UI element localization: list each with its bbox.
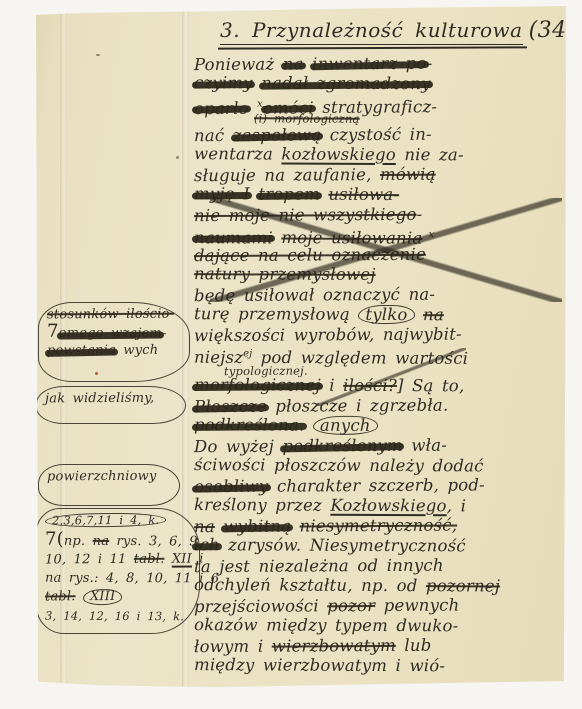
text-segment: czyimy <box>194 73 253 92</box>
text-segment: wych <box>116 343 158 358</box>
text-segment: tabl. <box>45 589 76 604</box>
text-line: 7(np. na rys. 3, 6, 9, <box>45 530 191 551</box>
text-segment: na <box>283 54 304 73</box>
text-line: 2,3,6,7,11 i 4, k. <box>45 512 191 531</box>
text-segment: mówią <box>380 165 436 184</box>
text-segment: wła- <box>403 436 447 455</box>
text-segment: ] <box>397 376 412 395</box>
text-line: niejszej pod względem wartości <box>194 344 572 366</box>
text-line: dające na celu oznaczenie <box>194 244 572 266</box>
text-segment: morfologicznej <box>194 375 321 395</box>
text-segment: na rys.: 4, 8, 10, 11 i 6 <box>45 570 219 586</box>
text-segment: charakter szczerb, pod- <box>268 475 485 495</box>
text-segment: rys. 3, 6, 9, <box>109 533 202 548</box>
text-segment: nie za- <box>396 145 464 164</box>
text-segment: , i <box>447 496 466 515</box>
ink-speck <box>176 156 179 159</box>
text-segment: zarysów. Niesymetryczność <box>220 535 466 555</box>
text-line: osobliwy charakter szczerb, pod- <box>194 475 572 497</box>
text-segment: oparło <box>194 98 249 117</box>
text-segment: ściwości płoszczów należy dodać <box>194 455 484 475</box>
text-line: ta jest niezależna od innych <box>194 555 572 577</box>
text-segment: 2,3,6,7,11 i 4, k. <box>45 513 166 528</box>
text-segment: tropem <box>258 184 320 203</box>
text-segment: pewnych <box>375 596 459 616</box>
text-segment: przejściowości <box>194 596 327 616</box>
text-line: między wierzbowatym i wió- <box>194 655 572 677</box>
margin-note-4: 2,3,6,7,11 i 4, k.7(np. na rys. 3, 6, 9,… <box>36 508 200 634</box>
text-line: 3, 14, 12, 16 i 13, k. <box>45 606 191 626</box>
text-segment: podkreślonym <box>282 436 403 456</box>
text-segment: lub <box>396 636 432 655</box>
text-line: morfologicznej i ilości?] Są to, <box>194 375 572 397</box>
text-line: Do wyżej podkreślonym wła- <box>194 435 572 457</box>
text-segment: 7( <box>45 528 64 549</box>
text-segment: większości wyrobów, najwybit- <box>194 325 462 346</box>
section-heading: 3. Przynależność kulturowa(34. <box>220 18 574 43</box>
text-segment: Kozłowskiego <box>330 496 446 516</box>
text-segment: odchyleń kształtu, np. od <box>194 575 426 595</box>
text-segment: usiłowa- <box>328 185 399 204</box>
text-segment: jak widzieliśmy, <box>45 391 154 407</box>
text-segment: nać <box>194 126 233 145</box>
text-segment: osobliwy <box>194 477 269 496</box>
text-line: przejściowości pozor pewnych <box>194 595 572 617</box>
text-segment: niesymetryczność, <box>300 516 458 536</box>
text-segment: podkreślona. <box>194 415 305 434</box>
text-segment: na <box>93 533 110 548</box>
text-segment: i <box>192 551 204 566</box>
text-segment: XII <box>172 552 192 567</box>
text-segment: i <box>321 376 343 395</box>
text-segment: na <box>194 517 215 536</box>
text-line: 10, 12 i 11 tabl. XII i <box>45 551 191 570</box>
text-segment: okazów między typem dwuko- <box>194 615 459 635</box>
text-segment: tabl. <box>134 552 165 567</box>
text-line: kreślony przez Kozłowskiego, i <box>194 495 572 517</box>
text-segment: Ponieważ <box>194 55 283 75</box>
text-segment: między wierzbowatym i wió- <box>194 655 445 675</box>
text-segment: 10, 12 i 11 <box>45 552 134 568</box>
text-segment: kozłowskiego <box>281 145 396 164</box>
text-segment: Do wyżej <box>194 437 283 457</box>
text-line: łowym i wierzbowatym lub <box>194 635 572 657</box>
text-line: odchyleń kształtu, np. od pozornej <box>194 575 572 597</box>
text-segment: omego wzajem <box>59 326 162 341</box>
text-segment: stosunków ilościo- <box>47 307 174 323</box>
text-segment: ej <box>243 348 252 359</box>
text-line: jak widzieliśmy, <box>45 390 177 408</box>
text-line: będę usiłował oznaczyć na- <box>194 284 572 306</box>
text-line: powstania wych <box>47 342 181 360</box>
heading-title: Przynależność kulturowa <box>252 18 523 42</box>
text-segment: dające na celu oznaczenie <box>194 245 426 265</box>
text-segment: (i) morfologiczną <box>254 111 360 125</box>
text-line: ich zarysów. Niesymetryczność <box>194 535 572 557</box>
margin-note-2: jak widzieliśmy, <box>36 386 186 424</box>
main-text: Ponieważ na inwentarz po-czyimy nadał zg… <box>194 54 572 676</box>
text-line: czyimy nadał zgromadzony <box>194 73 572 95</box>
text-segment <box>415 305 424 324</box>
text-line: 7omego wzajem- <box>47 323 181 343</box>
text-line: ściwości płoszczów należy dodać <box>194 455 572 477</box>
text-segment: zespołową <box>233 125 322 145</box>
text-segment: ilości? <box>343 376 397 395</box>
text-segment: kreślony przez <box>194 495 330 515</box>
text-segment: nadał zgromadzony <box>261 73 431 93</box>
text-segment: 7 <box>47 321 59 342</box>
text-line: nie moje nie wszystkiego- <box>194 204 572 226</box>
heading-page-ref: (34. <box>529 18 575 43</box>
text-segment: płoszcze i zgrzebła. <box>267 396 449 416</box>
heading-underlined: 3. Przynależność kulturowa <box>220 18 523 45</box>
text-segment: ta jest niezależna od innych <box>194 556 444 577</box>
text-segment: natury przemysłowej <box>194 264 376 284</box>
text-segment: łowym i <box>194 637 272 656</box>
text-line: turę przemysłową tylko na <box>194 304 572 326</box>
text-segment: turę przemysłową <box>194 304 358 324</box>
text-segment: Płoszcze <box>194 397 267 416</box>
text-segment: pozornej <box>426 576 500 595</box>
text-line: okazów między typem dwuko- <box>194 615 572 637</box>
text-line: Ponieważ na inwentarz po- <box>194 53 572 75</box>
text-line: nać zespołową czystość in- <box>194 124 572 146</box>
margin-note-3: powierzchniowy <box>38 464 180 506</box>
text-segment <box>164 552 171 567</box>
text-segment: pozor <box>327 596 375 615</box>
text-segment <box>76 589 83 604</box>
text-line: powierzchniowy <box>47 468 171 486</box>
text-segment: np. <box>64 533 93 548</box>
text-segment: wentarza <box>194 144 282 163</box>
text-segment: tylko <box>358 305 414 325</box>
text-line: oparło xomóci stratygraficz- <box>194 93 572 115</box>
text-segment: powstania <box>47 343 116 358</box>
text-line: natury przemysłowej <box>194 264 572 286</box>
text-line: większości wyrobów, najwybit- <box>194 324 572 346</box>
text-line: na rys.: 4, 8, 10, 11 i 6 <box>45 569 191 588</box>
text-line: na wybitną niesymetryczność, <box>194 515 572 537</box>
text-segment: na <box>423 305 444 324</box>
text-line: stosunków ilościo- <box>47 306 181 324</box>
text-segment: nie moje nie wszystkiego <box>194 205 417 225</box>
manuscript-page: 3. Przynależność kulturowa(34. Ponieważ … <box>36 6 566 690</box>
text-segment: czystość in- <box>321 125 432 145</box>
text-segment: wierzbowatym <box>272 636 396 656</box>
margin-note-1: stosunków ilościo-7omego wzajem-powstani… <box>38 302 190 382</box>
text-line: podkreślona. anych <box>194 415 572 437</box>
text-segment: 3, 14, 12, 16 i 13, k. <box>45 608 184 623</box>
text-segment: x <box>422 229 434 240</box>
text-segment: powierzchniowy <box>47 469 157 485</box>
text-line: tabl. XIII <box>45 588 191 607</box>
text-segment: wybitną <box>223 517 291 536</box>
text-line: wentarza kozłowskiego nie za- <box>194 144 572 166</box>
text-segment: naumami <box>194 228 273 247</box>
text-segment: XIII <box>83 589 123 605</box>
text-line: naumami moje usiłowania x <box>194 224 572 246</box>
ink-speck <box>96 54 100 56</box>
text-segment: Są to, <box>412 376 464 395</box>
text-segment: myję I <box>194 184 250 203</box>
text-line: Płoszcze płoszcze i zgrzebła. <box>194 395 572 417</box>
text-segment: sługuje na zaufanie, <box>194 165 380 185</box>
text-line: sługuje na zaufanie, mówią <box>194 164 572 186</box>
text-segment: inwentarz po <box>312 54 427 74</box>
text-line: myję I tropem usiłowa- <box>194 184 572 206</box>
text-segment: będę usiłował oznaczyć na- <box>194 285 435 305</box>
text-segment: anych <box>313 416 378 436</box>
scan-background: 3. Przynależność kulturowa(34. Ponieważ … <box>0 0 582 709</box>
text-segment: - <box>417 205 423 224</box>
heading-number: 3. <box>220 18 240 42</box>
